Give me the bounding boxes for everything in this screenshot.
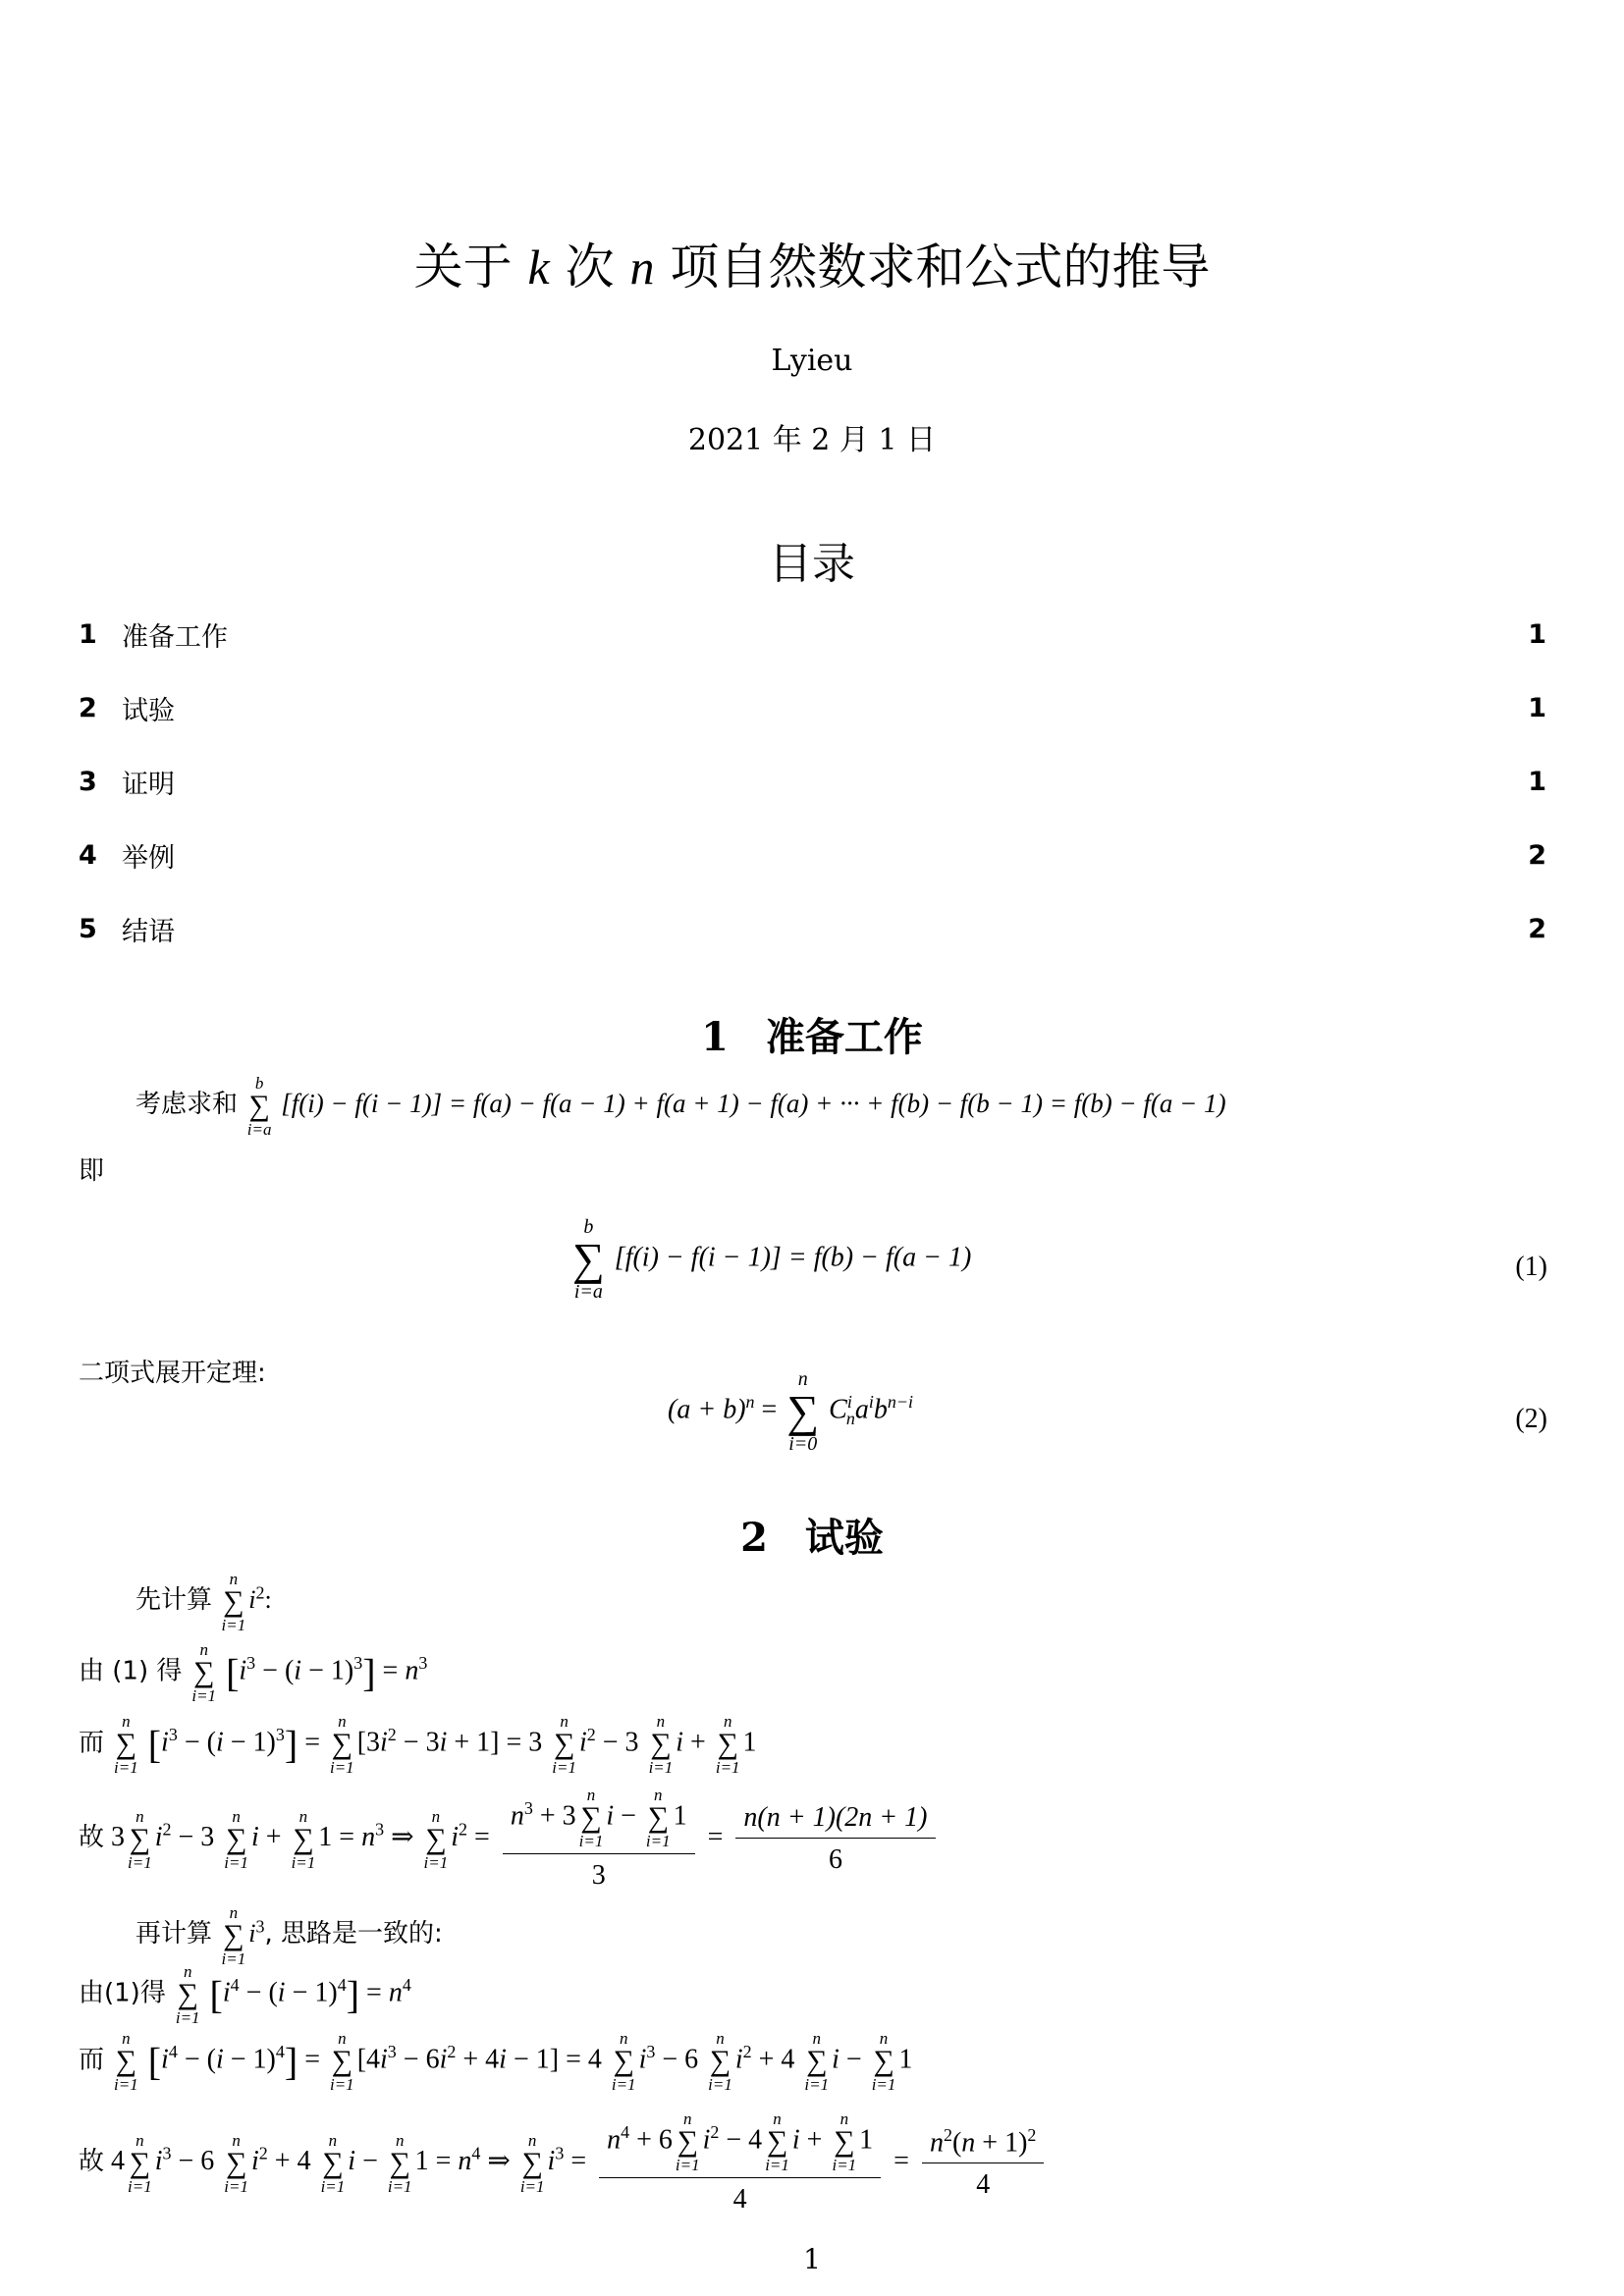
line-label: 先计算	[135, 1585, 212, 1615]
sum-symbol: b∑i=a	[247, 1075, 272, 1138]
title-var-n: n	[630, 240, 655, 294]
date: 2021 年 2 月 1 日	[0, 415, 1624, 458]
toc-entry-label[interactable]: 准备工作	[122, 615, 1528, 654]
equation-2: (a + b)n = n∑i=0 Cinaibn−i	[668, 1369, 913, 1454]
derivation-line-7: 而 n∑i=1 [i4 − (i − 1)4] = n∑i=1[4i3 − 6i…	[79, 2030, 912, 2093]
fraction-denominator: 4	[599, 2178, 881, 2216]
fraction-denominator: 6	[735, 1839, 935, 1876]
binomial-label: 二项式展开定理:	[79, 1353, 266, 1389]
equation-2-body: C	[829, 1394, 847, 1424]
section-heading-2: 2试验	[0, 1507, 1624, 1563]
equation-1-body: [f(i) − f(i − 1)] = f(b) − f(a − 1)	[615, 1242, 972, 1272]
sum-symbol: n∑i=1	[224, 1808, 248, 1871]
fraction: n4 + 6n∑i=1i2 − 4n∑i=1i + n∑i=11 4	[599, 2110, 881, 2216]
toc-entry-page: 1	[1528, 767, 1546, 797]
toc-entry-page: 1	[1528, 619, 1546, 650]
section-heading-1: 1准备工作	[0, 1006, 1624, 1062]
toc-entry-number: 4	[79, 840, 122, 871]
toc-entry-page: 1	[1528, 693, 1546, 723]
toc-entry-page: 2	[1528, 840, 1546, 871]
sum-symbol: n∑i=1	[222, 1904, 246, 1967]
sum-symbol: n∑i=1	[804, 2030, 829, 2093]
fraction-denominator: 4	[922, 2163, 1044, 2201]
line-label: 而	[79, 1728, 104, 1757]
fraction: n2(n + 1)2 4	[922, 2125, 1044, 2201]
equation-number-2: (2)	[1515, 1404, 1547, 1435]
sum-symbol: n∑i=1	[388, 2132, 412, 2195]
sum-symbol: n∑i=1	[176, 1963, 200, 2026]
toc-entry[interactable]: 5 结语 2	[79, 909, 1546, 948]
sum-symbol: n∑i=1	[321, 2132, 346, 2195]
line-label: 而	[79, 2045, 104, 2074]
title-var-k: k	[527, 240, 549, 294]
sum-symbol: n∑i=1	[114, 1713, 138, 1776]
toc-entry-label[interactable]: 结语	[122, 910, 1528, 948]
sum-symbol: n∑i=1	[646, 1787, 671, 1849]
title-text: 关于	[414, 239, 513, 295]
section-title: 试验	[805, 1516, 884, 1561]
sum-symbol: n∑i=1	[872, 2030, 896, 2093]
document-title: 关于 k 次 n 项自然数求和公式的推导	[0, 228, 1624, 298]
ji-label: 即	[79, 1150, 104, 1187]
fraction-numerator: n(n + 1)(2n + 1)	[735, 1802, 935, 1839]
sum-symbol: n∑i=1	[520, 2132, 545, 2195]
title-text: 次	[566, 239, 615, 295]
equation-2-lhs: (a + b)	[668, 1394, 746, 1424]
intro-formula: [f(i) − f(i − 1)] = f(a) − f(a − 1) + f(…	[281, 1089, 1225, 1118]
sum-symbol: b∑i=a	[572, 1217, 605, 1302]
derivation-line-4: 故 3n∑i=1i2 − 3 n∑i=1i + n∑i=11 = n3 ⇒ n∑…	[79, 1787, 942, 1892]
sum-symbol: n∑i=1	[222, 1571, 246, 1633]
derivation-line-8: 故 4n∑i=1i3 − 6 n∑i=1i2 + 4 n∑i=1i − n∑i=…	[79, 2110, 1050, 2216]
line-label: 故	[79, 1823, 104, 1852]
toc-entry-label[interactable]: 试验	[122, 689, 1528, 727]
sum-symbol: n∑i=1	[649, 1713, 674, 1776]
fraction: n3 + 3n∑i=1i − n∑i=11 3	[503, 1787, 695, 1892]
sum-symbol: n∑i=1	[612, 2030, 636, 2093]
derivation-line-3: 而 n∑i=1 [i3 − (i − 1)3] = n∑i=1[3i2 − 3i…	[79, 1713, 757, 1776]
sum-symbol: n∑i=1	[114, 2030, 138, 2093]
sum-symbol: n∑i=1	[676, 2110, 700, 2173]
sum-symbol: n∑i=1	[292, 1808, 316, 1871]
sum-symbol: n∑i=1	[424, 1808, 449, 1871]
line-label: 故	[79, 2147, 104, 2176]
section-number: 2	[740, 1515, 768, 1561]
toc-entry[interactable]: 3 证明 1	[79, 762, 1546, 801]
sum-symbol: n∑i=1	[832, 2110, 856, 2173]
author: Lyieu	[0, 344, 1624, 378]
toc-entry-label[interactable]: 举例	[122, 836, 1528, 875]
section-number: 1	[701, 1014, 729, 1060]
toc-entry[interactable]: 4 举例 2	[79, 835, 1546, 875]
intro-label: 考虑求和	[135, 1090, 238, 1119]
fraction: n(n + 1)(2n + 1) 6	[735, 1802, 935, 1876]
sum-symbol: n∑i=1	[224, 2132, 248, 2195]
equation-number-1: (1)	[1515, 1252, 1547, 1283]
title-text: 项自然数求和公式的推导	[670, 239, 1210, 295]
toc-entry[interactable]: 2 试验 1	[79, 688, 1546, 727]
toc-heading: 目录	[0, 528, 1624, 591]
line-label: 再计算	[135, 1919, 212, 1949]
derivation-line-6: 由(1)得 n∑i=1 [i4 − (i − 1)4] = n4	[79, 1963, 411, 2026]
sum-i2-intro: 先计算 n∑i=1i2:	[135, 1571, 272, 1633]
sum-symbol: n∑i=1	[191, 1641, 216, 1704]
page-number: 1	[0, 2243, 1624, 2275]
toc-entry-number: 5	[79, 914, 122, 944]
toc-entry-number: 3	[79, 767, 122, 797]
sum-symbol: n∑i=1	[128, 1808, 152, 1871]
sum-symbol: n∑i=1	[579, 1787, 604, 1849]
equation-1: b∑i=a [f(i) − f(i − 1)] = f(b) − f(a − 1…	[569, 1217, 971, 1302]
sum-symbol: n∑i=1	[330, 1713, 354, 1776]
sum-symbol: n∑i=1	[330, 2030, 354, 2093]
sum-i3-intro: 再计算 n∑i=1i3, 思路是一致的:	[135, 1904, 443, 1967]
toc-entry-label[interactable]: 证明	[122, 763, 1528, 801]
toc-entry-page: 2	[1528, 914, 1546, 944]
sum-symbol: n∑i=1	[708, 2030, 732, 2093]
toc-entry[interactable]: 1 准备工作 1	[79, 614, 1546, 654]
sum-symbol: n∑i=1	[128, 2132, 152, 2195]
sum-symbol: n∑i=1	[552, 1713, 576, 1776]
section-title: 准备工作	[766, 1015, 923, 1060]
sum-symbol: n∑i=0	[786, 1369, 819, 1454]
telescoping-sum-line: 考虑求和 b∑i=a [f(i) − f(i − 1)] = f(a) − f(…	[135, 1075, 1226, 1138]
toc-entry-number: 2	[79, 693, 122, 723]
line-label: 由 (1) 得	[79, 1656, 182, 1685]
toc-entry-number: 1	[79, 619, 122, 650]
line-label: 由(1)得	[79, 1978, 166, 2007]
derivation-line-2: 由 (1) 得 n∑i=1 [i3 − (i − 1)3] = n3	[79, 1641, 427, 1704]
line-suffix: , 思路是一致的:	[264, 1919, 442, 1949]
sum-symbol: n∑i=1	[716, 1713, 740, 1776]
sum-symbol: n∑i=1	[765, 2110, 789, 2173]
fraction-denominator: 3	[503, 1854, 695, 1892]
